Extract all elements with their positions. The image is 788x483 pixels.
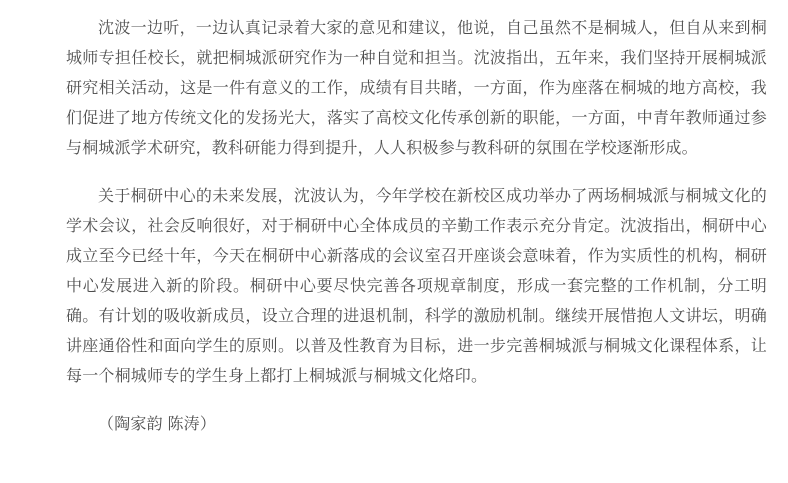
paragraph-1: 沈波一边听，一边认真记录着大家的意见和建议，他说，自己虽然不是桐城人，但自从来到… [66, 14, 767, 164]
paragraph-2: 关于桐研中心的未来发展，沈波认为，今年学校在新校区成功举办了两场桐城派与桐城文化… [66, 182, 767, 392]
document-body: 沈波一边听，一边认真记录着大家的意见和建议，他说，自己虽然不是桐城人，但自从来到… [0, 0, 788, 483]
byline: （陶家韵 陈涛） [66, 410, 767, 440]
